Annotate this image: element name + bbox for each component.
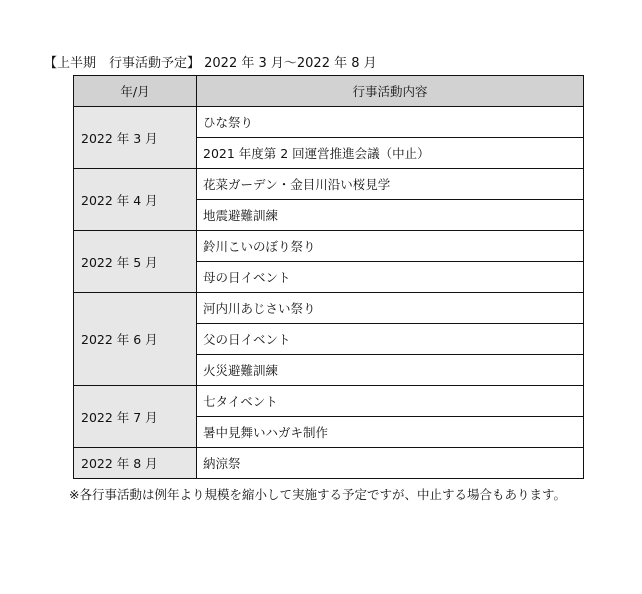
event-cell: 河内川あじさい祭り [197, 293, 584, 324]
month-cell: 2022 年 5 月 [74, 231, 197, 293]
event-cell: 火災避難訓練 [197, 355, 584, 386]
event-cell: ひな祭り [197, 107, 584, 138]
month-cell: 2022 年 6 月 [74, 293, 197, 386]
month-cell: 2022 年 3 月 [74, 107, 197, 169]
table-row: 2022 年 6 月 河内川あじさい祭り [74, 293, 584, 324]
month-cell: 2022 年 8 月 [74, 448, 197, 479]
event-cell: 鈴川こいのぼり祭り [197, 231, 584, 262]
event-cell: 父の日イベント [197, 324, 584, 355]
header-activity: 行事活動内容 [197, 76, 584, 107]
event-cell: 地震避難訓練 [197, 200, 584, 231]
table-row: 2022 年 5 月 鈴川こいのぼり祭り [74, 231, 584, 262]
table-row: 2022 年 4 月 花菜ガーデン・金目川沿い桜見学 [74, 169, 584, 200]
table-row: 2022 年 3 月 ひな祭り [74, 107, 584, 138]
table-header-row: 年/月 行事活動内容 [74, 76, 584, 107]
month-cell: 2022 年 7 月 [74, 386, 197, 448]
event-cell: 納涼祭 [197, 448, 584, 479]
event-cell: 母の日イベント [197, 262, 584, 293]
page-title: 【上半期 行事活動予定】 2022 年 3 月～2022 年 8 月 [44, 52, 377, 71]
event-cell: 七タイベント [197, 386, 584, 417]
footnote: ※各行事活動は例年より規模を縮小して実施する予定ですが、中止する場合もあります。 [69, 485, 566, 503]
month-cell: 2022 年 4 月 [74, 169, 197, 231]
event-cell: 2021 年度第 2 回運営推進会議（中止） [197, 138, 584, 169]
event-cell: 暑中見舞いハガキ制作 [197, 417, 584, 448]
header-month: 年/月 [74, 76, 197, 107]
table-row: 2022 年 7 月 七タイベント [74, 386, 584, 417]
table-row: 2022 年 8 月 納涼祭 [74, 448, 584, 479]
event-cell: 花菜ガーデン・金目川沿い桜見学 [197, 169, 584, 200]
schedule-table: 年/月 行事活動内容 2022 年 3 月 ひな祭り 2021 年度第 2 回運… [73, 75, 584, 479]
